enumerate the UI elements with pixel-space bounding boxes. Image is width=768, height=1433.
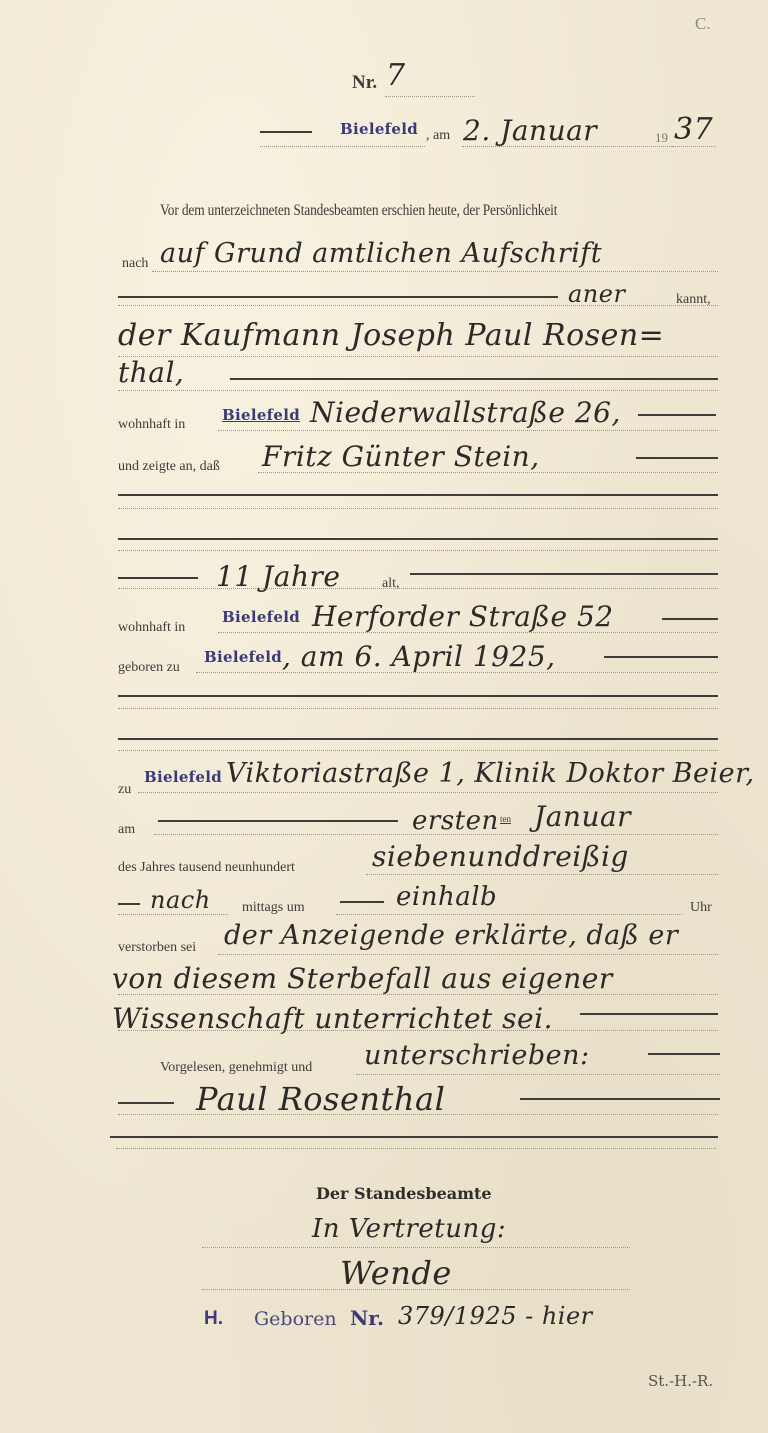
dotline xyxy=(118,994,718,995)
dotline xyxy=(202,1247,630,1248)
dotline xyxy=(258,472,718,473)
filler-line xyxy=(648,1053,720,1055)
filler-line xyxy=(118,695,718,697)
footer-birth-ref: 379/1925 - hier xyxy=(398,1302,593,1330)
dotline xyxy=(152,271,718,272)
wohnhaft-label-2: wohnhaft in xyxy=(118,620,185,636)
dotline xyxy=(154,834,718,835)
filler-line xyxy=(520,1098,720,1100)
dotline xyxy=(118,588,718,589)
filler-line xyxy=(158,820,398,822)
dotline xyxy=(118,914,228,915)
dotline xyxy=(118,550,718,551)
unterschrieben-hand: unterschrieben: xyxy=(364,1040,590,1071)
filler-line xyxy=(230,378,718,380)
remark-line-2: von diesem Sterbefall aus eigener xyxy=(112,962,613,995)
closing-rule xyxy=(110,1136,718,1138)
dash xyxy=(260,131,312,133)
informant-signature: Paul Rosenthal xyxy=(196,1080,445,1118)
wohnhaft-label: wohnhaft in xyxy=(118,417,185,433)
death-city-stamp: Bielefeld xyxy=(144,768,222,786)
dotline xyxy=(118,305,718,306)
bekannt-hand: aner xyxy=(568,280,625,308)
filler-line xyxy=(118,538,718,540)
am-label: am xyxy=(118,822,135,838)
form-code: St.-H.-R. xyxy=(648,1372,713,1390)
mittags-label: mittags um xyxy=(242,900,305,916)
dotline xyxy=(118,508,718,509)
informant-city-stamp: Bielefeld xyxy=(222,406,300,424)
date-handwritten: 2. Januar xyxy=(463,114,597,147)
dotline xyxy=(118,356,718,357)
footer-stamp-h: H. xyxy=(204,1308,223,1330)
filler-line xyxy=(410,573,718,575)
dotline xyxy=(118,708,718,709)
time-hand: einhalb xyxy=(396,882,497,912)
ten-label: ten xyxy=(500,814,511,824)
entry-number-label: Nr. xyxy=(352,72,377,94)
death-place: Viktoriastraße 1, Klinik Doktor Beier, xyxy=(226,758,755,789)
place-stamp: Bielefeld xyxy=(340,120,418,138)
registrar-signature: Wende xyxy=(340,1254,452,1292)
filler-line xyxy=(638,414,716,416)
alt-label: alt, xyxy=(382,576,400,592)
year-suffix: 37 xyxy=(674,112,713,147)
dash xyxy=(118,903,140,905)
filler-line xyxy=(580,1013,718,1015)
dotline xyxy=(356,1074,720,1075)
filler-line xyxy=(662,618,718,620)
death-day: ersten xyxy=(412,806,499,836)
dotline xyxy=(138,792,718,793)
dotline xyxy=(118,390,718,391)
filler-line xyxy=(118,738,718,740)
date-prefix: , am xyxy=(426,128,450,144)
geboren-label: geboren zu xyxy=(118,660,180,676)
informant-line-2: thal, xyxy=(118,356,184,389)
death-month: Januar xyxy=(534,800,631,833)
dotline xyxy=(118,750,718,751)
place-dotline xyxy=(260,146,425,147)
dotline xyxy=(116,1148,716,1149)
dotline xyxy=(118,1114,718,1115)
verstorben-label: verstorben sei xyxy=(118,940,196,956)
zeigte-label: und zeigte an, daß xyxy=(118,459,220,475)
dotline xyxy=(366,874,718,875)
dotline xyxy=(336,914,682,915)
dotline xyxy=(218,954,718,955)
identification-text: auf Grund amtlichen Aufschrift xyxy=(160,238,602,269)
year-dotline xyxy=(672,146,716,147)
corner-mark: C. xyxy=(695,14,711,34)
intro-text: Vor dem unterzeichneten Standesbeamten e… xyxy=(160,202,557,220)
dotline xyxy=(196,672,718,673)
birth-date: , am 6. April 1925, xyxy=(282,640,556,673)
informant-line-1: der Kaufmann Joseph Paul Rosen= xyxy=(118,318,664,353)
filler-line xyxy=(118,296,558,298)
date-dotline xyxy=(462,146,682,147)
entry-number-dotline xyxy=(385,96,475,97)
registrar-heading: Der Standesbeamte xyxy=(316,1184,492,1203)
dash xyxy=(118,1102,174,1104)
filler-line xyxy=(118,494,718,496)
nach-hand: nach xyxy=(150,886,211,914)
remark-line-1: der Anzeigende erklärte, daß er xyxy=(224,920,678,951)
birth-city-stamp: Bielefeld xyxy=(204,648,282,666)
vorgelesen-label: Vorgelesen, genehmigt und xyxy=(160,1060,312,1076)
zu-label: zu xyxy=(118,782,131,798)
filler-line xyxy=(604,656,718,658)
dotline xyxy=(118,1030,718,1031)
death-year: siebenunddreißig xyxy=(372,840,629,873)
year-prefix: 19 xyxy=(655,130,668,146)
jahres-label: des Jahres tausend neunhundert xyxy=(118,860,295,876)
dash xyxy=(118,577,198,579)
dash xyxy=(340,901,384,903)
entry-number: 7 xyxy=(386,58,406,93)
footer-stamp-nr: Nr. xyxy=(350,1306,384,1330)
dotline xyxy=(218,632,718,633)
intro-paragraph: Vor dem unterzeichneten Standesbeamten e… xyxy=(160,202,720,220)
footer-stamp-geboren: Geboren xyxy=(254,1308,337,1330)
deceased-name: Fritz Günter Stein, xyxy=(262,440,540,473)
dotline xyxy=(202,1289,630,1290)
uhr-label: Uhr xyxy=(690,900,712,916)
dotline xyxy=(218,430,718,431)
filler-line xyxy=(636,457,718,459)
deceased-street: Herforder Straße 52 xyxy=(312,600,614,633)
registrar-note: In Vertretung: xyxy=(312,1214,506,1244)
informant-street: Niederwallstraße 26, xyxy=(310,396,621,429)
deceased-city-stamp: Bielefeld xyxy=(222,608,300,626)
nach-label: nach xyxy=(122,256,148,272)
